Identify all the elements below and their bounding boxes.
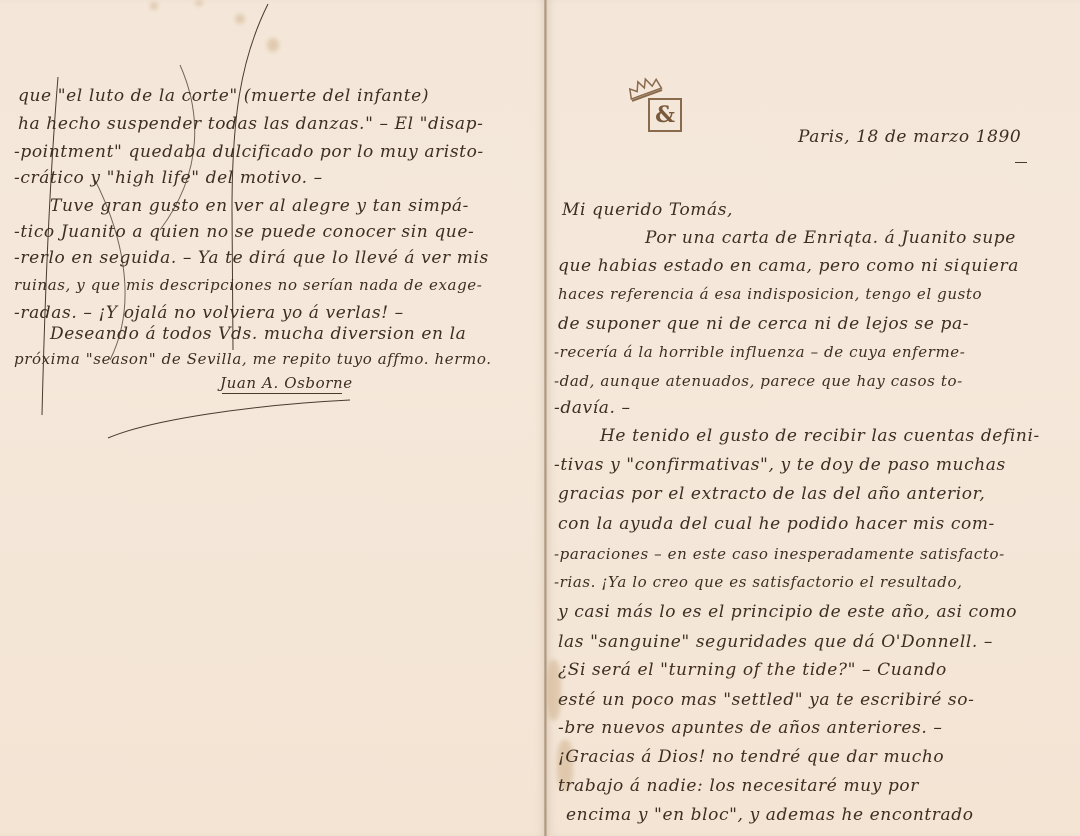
letter-line: que habias estado en cama, pero como ni … [558, 256, 1019, 276]
right-page [547, 0, 1080, 836]
letter-line: -rerlo en seguida. – Ya te dirá que lo l… [14, 248, 489, 268]
letter-line: haces referencia á esa indisposicion, te… [558, 285, 982, 303]
letter-line: esté un poco mas "settled" ya te escribi… [558, 690, 974, 710]
letter-line: trabajo á nadie: los necesitaré muy por [558, 776, 919, 796]
signature: Juan A. Osborne [220, 374, 353, 392]
letter-line: Deseando á todos Vds. mucha diversion en… [50, 324, 466, 344]
letter-line: ¡Gracias á Dios! no tendré que dar mucho [558, 747, 944, 767]
letter-line: -tico Juanito a quien no se puede conoce… [14, 222, 474, 242]
left-page: que "el luto de la corte" (muerte del in… [0, 0, 545, 836]
letter-line: Por una carta de Enriqta. á Juanito supe [645, 228, 1016, 248]
letter-line: Tuve gran gusto en ver al alegre y tan s… [50, 196, 469, 216]
letter-line: próxima "season" de Sevilla, me repito t… [14, 350, 492, 368]
letter-spread: que "el luto de la corte" (muerte del in… [0, 0, 1080, 836]
letter-line: ha hecho suspender todas las danzas." – … [18, 114, 483, 134]
letter-line: -davía. – [554, 398, 631, 418]
date-line: Paris, 18 de marzo 1890 [798, 127, 1021, 147]
letter-line: que "el luto de la corte" (muerte del in… [18, 86, 429, 106]
monogram-logo: & [648, 98, 682, 132]
letter-line: -recería á la horrible influenza – de cu… [554, 343, 965, 361]
letter-line: de suponer que ni de cerca ni de lejos s… [558, 314, 969, 334]
letter-line: He tenido el gusto de recibir las cuenta… [600, 426, 1040, 446]
letter-line: -radas. – ¡Y ojalá no volviera yo á verl… [14, 303, 404, 323]
letter-line: -bre nuevos apuntes de años anteriores. … [558, 718, 942, 738]
letter-line: las "sanguine" seguridades que dá O'Donn… [558, 632, 993, 652]
salutation: Mi querido Tomás, [562, 200, 733, 220]
letter-line: y casi más lo es el principio de este añ… [558, 602, 1017, 622]
letter-line: con la ayuda del cual he podido hacer mi… [558, 514, 995, 534]
letter-line: ¿Si será el "turning of the tide?" – Cua… [558, 660, 947, 680]
dash-mark [1015, 162, 1027, 163]
signature-underline [222, 393, 342, 394]
letter-line: -paraciones – en este caso inesperadamen… [554, 545, 1005, 563]
letter-line: -crático y "high life" del motivo. – [14, 168, 323, 188]
letter-line: gracias por el extracto de las del año a… [558, 484, 985, 504]
letter-line: encima y "en bloc", y ademas he encontra… [566, 805, 974, 825]
letter-line: -dad, aunque atenuados, parece que hay c… [554, 372, 963, 390]
letter-line: ruinas, y que mis descripciones no sería… [14, 276, 482, 294]
letter-line: -pointment" quedaba dulcificado por lo m… [14, 142, 484, 162]
letter-line: -tivas y "confirmativas", y te doy de pa… [554, 455, 1006, 475]
letter-line: -rias. ¡Ya lo creo que es satisfactorio … [554, 573, 962, 591]
